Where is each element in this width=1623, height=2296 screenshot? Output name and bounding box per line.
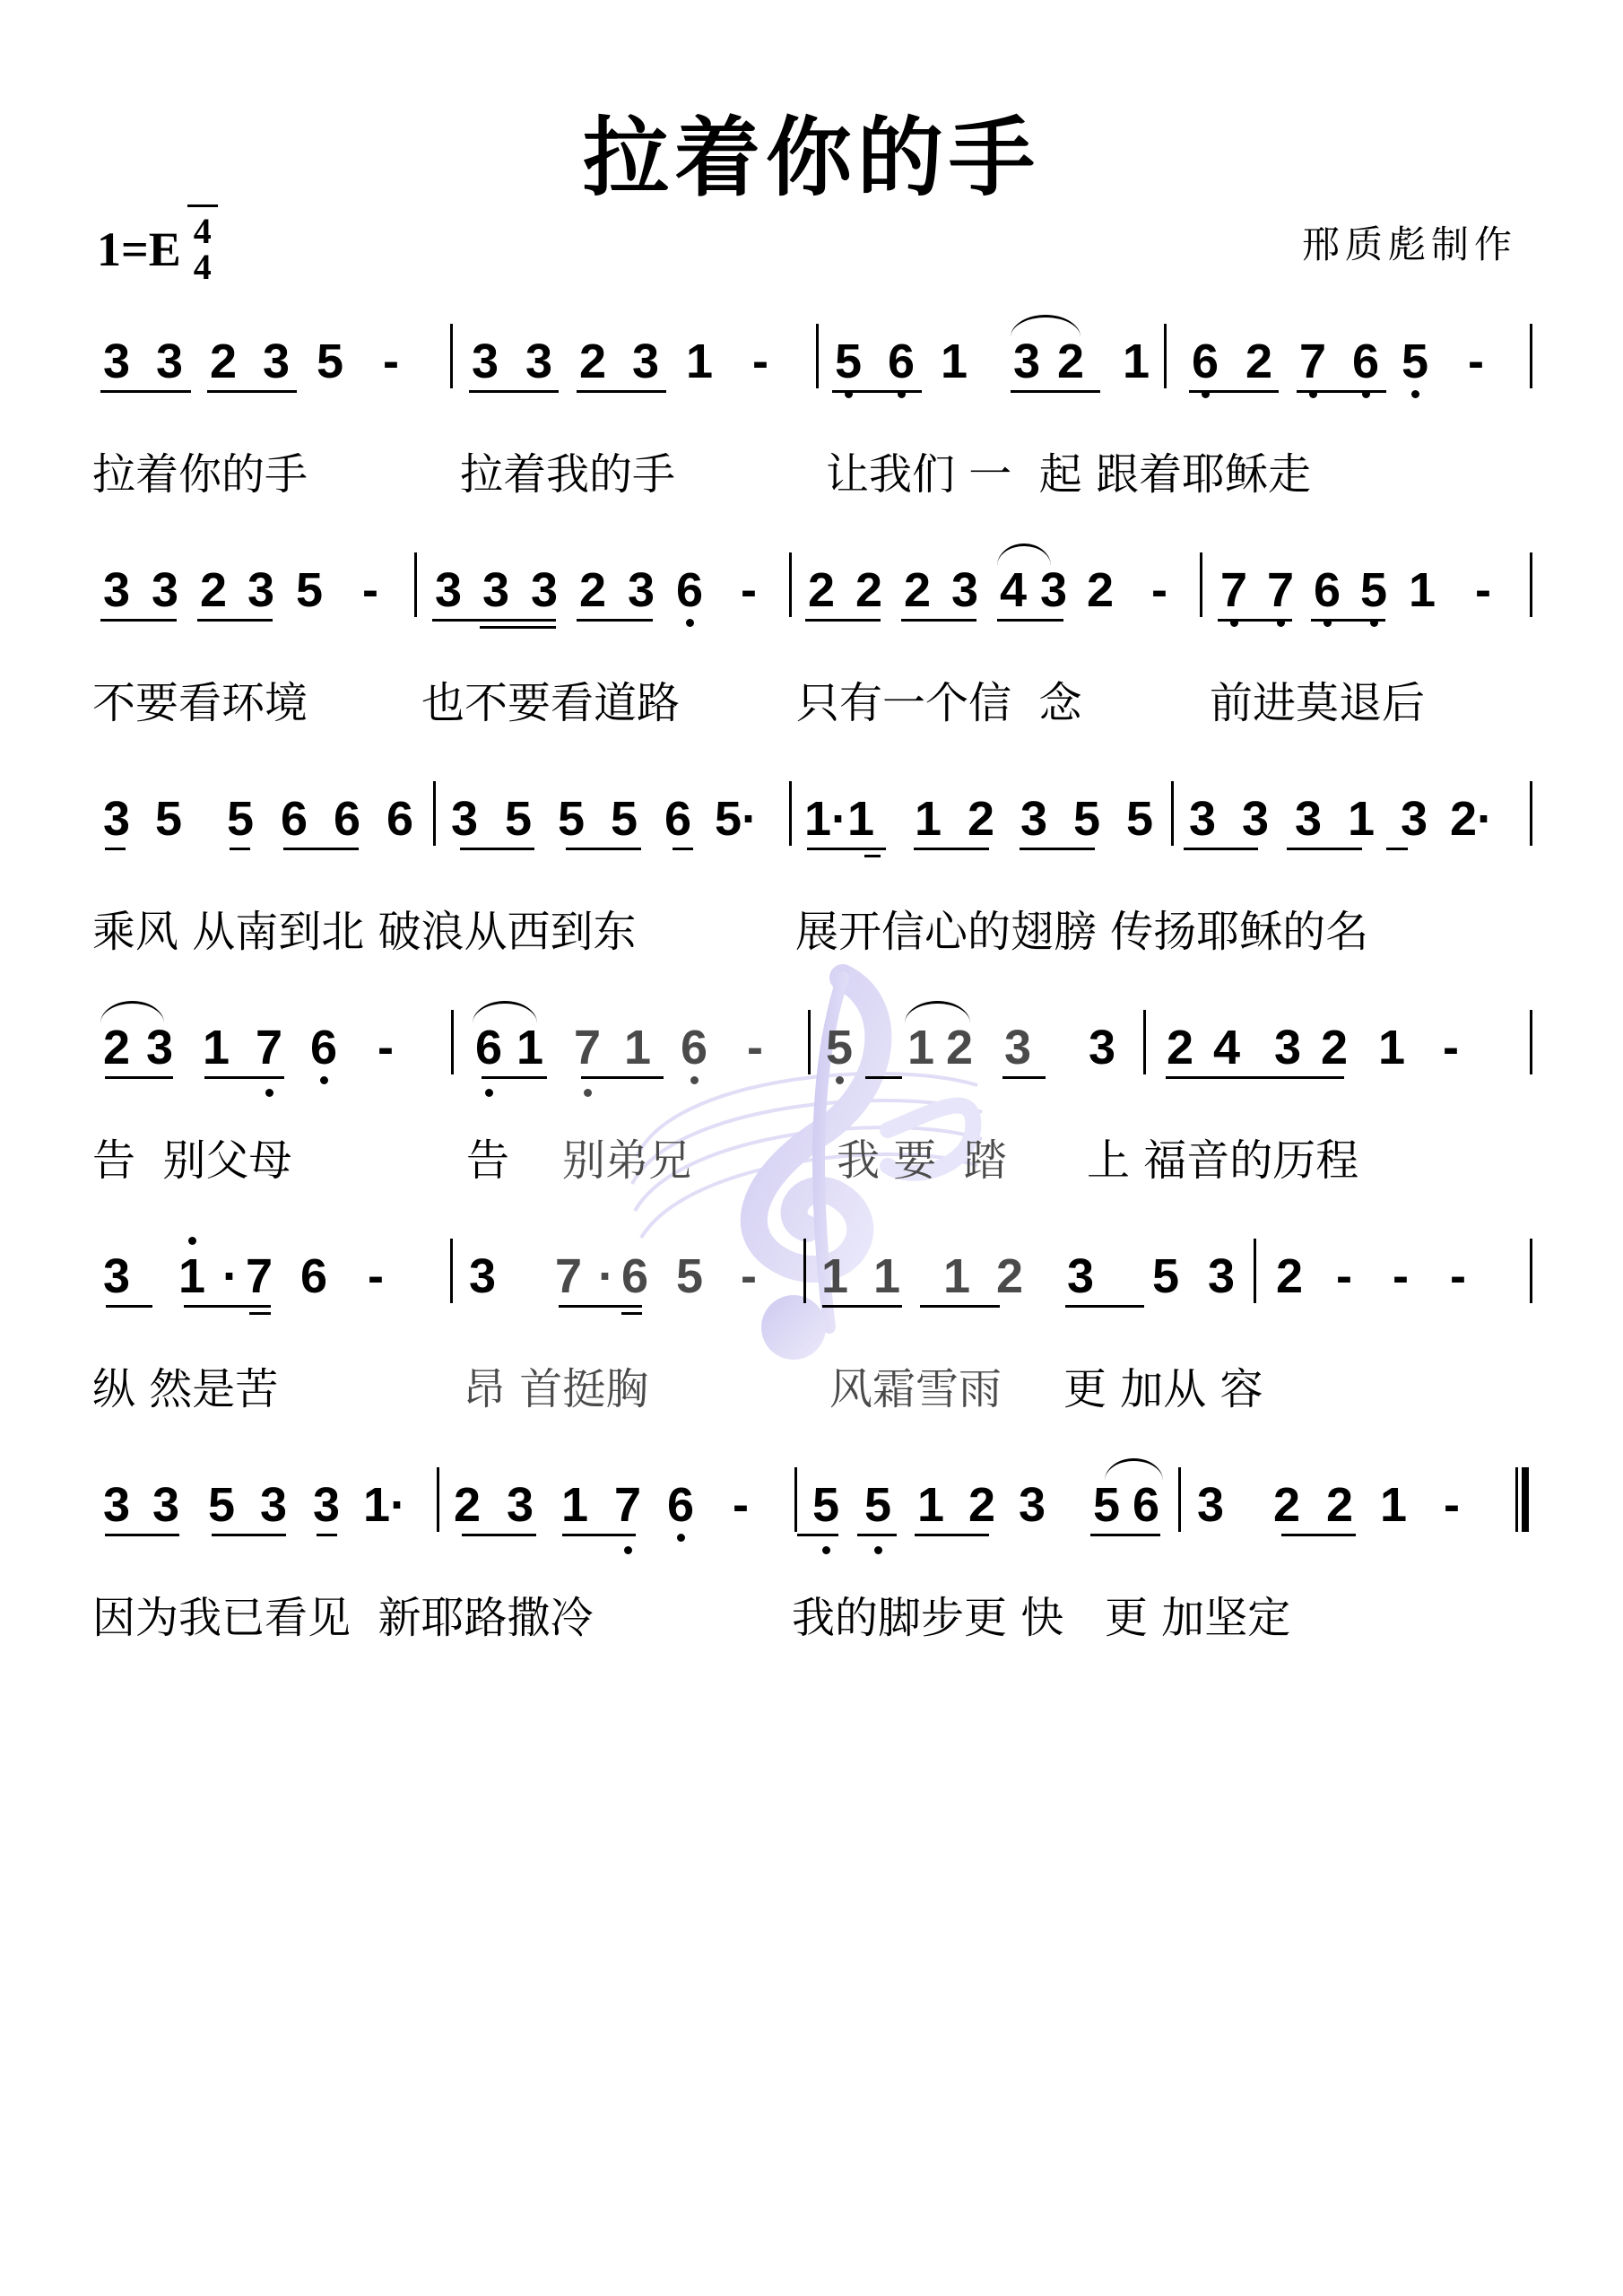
final-barline: [1515, 1467, 1530, 1532]
barline: [1530, 552, 1532, 617]
note: 6: [384, 792, 416, 846]
score-row: 31·76-37·65-11123532---纵 然是苦昂 首挺胸风霜雪雨更 加…: [0, 1249, 1623, 1456]
lyric-line: 因为我已看见 新耶路撒冷: [92, 1593, 594, 1643]
note: 5: [224, 792, 256, 846]
note: 7: [243, 1249, 275, 1303]
extension-dash: -: [354, 563, 386, 617]
note: 1: [683, 335, 716, 388]
low-octave-dot: [690, 1076, 699, 1084]
note: 5: [1399, 335, 1431, 388]
note: 3: [523, 335, 555, 388]
note: 1: [912, 792, 944, 846]
note: 5: [832, 335, 864, 388]
note: 5: [1071, 792, 1103, 846]
slur-arc: [905, 1001, 970, 1023]
note: 2: [1271, 1478, 1303, 1532]
note: 4: [997, 563, 1029, 617]
barline: [789, 781, 792, 846]
note: 1: [1120, 335, 1152, 388]
low-octave-dot: [485, 1089, 493, 1097]
low-octave-dot: [265, 1089, 273, 1097]
note: 6: [885, 335, 917, 388]
note: 6: [1350, 335, 1382, 388]
beam-underline: [100, 390, 191, 393]
note: 5: [673, 1249, 706, 1303]
note: 5: [1150, 1249, 1182, 1303]
note: 5: [502, 792, 534, 846]
low-octave-dot: [320, 1076, 328, 1084]
beam-underline: [1297, 390, 1386, 393]
note: 6: [619, 1249, 651, 1303]
note: 2: [943, 1021, 976, 1074]
beam-underline: [106, 1305, 152, 1308]
extension-dash: -: [375, 335, 407, 388]
note: 7: [253, 1021, 285, 1074]
note: 2: [1164, 1021, 1196, 1074]
note: 2: [965, 792, 997, 846]
beam-underline: [1386, 848, 1408, 850]
note: 3: [1186, 792, 1219, 846]
note: 6: [678, 1021, 710, 1074]
lyric-line: 上 福音的历程: [1087, 1135, 1358, 1186]
note: 7: [1218, 563, 1250, 617]
page-title: 拉着你的手: [0, 90, 1623, 213]
note: 1: [514, 1021, 546, 1074]
extension-dash: -: [744, 335, 777, 388]
note: 2: [966, 1478, 998, 1532]
beam-underline: [914, 848, 989, 850]
note: 3: [1205, 1249, 1237, 1303]
barline: [433, 781, 436, 846]
note: 2: [1243, 335, 1275, 388]
beam-underline: [1189, 390, 1279, 393]
note: 3: [949, 563, 981, 617]
beam-underline: [469, 390, 559, 393]
beam-underline: [1287, 848, 1362, 850]
note: 1: [1377, 1478, 1410, 1532]
beam-underline: [212, 1534, 286, 1536]
lyric-line: 别弟兄: [562, 1135, 691, 1186]
slur-arc: [997, 544, 1051, 566]
beam-underline: [105, 848, 126, 850]
beam-underline: [1184, 848, 1258, 850]
score-row: 33235-333236-2223432-77651-不要看环境也不要看道路只有…: [0, 563, 1623, 770]
barline: [451, 1010, 454, 1074]
extension-dash: -: [1460, 335, 1492, 388]
note: 2·: [1450, 792, 1493, 846]
note: 3: [1398, 792, 1430, 846]
beam-underline: [1090, 1534, 1160, 1536]
low-octave-dot: [686, 619, 694, 627]
lyric-line: 告: [466, 1135, 509, 1186]
note: 3: [1292, 792, 1324, 846]
note: 3: [153, 335, 186, 388]
beam-underline: [432, 619, 556, 622]
beam-underline: [559, 1305, 642, 1308]
note: 2: [577, 335, 609, 388]
note: 6: [331, 792, 363, 846]
note: 6: [473, 1021, 505, 1074]
note: 5: [1358, 563, 1390, 617]
note: 1: [941, 1249, 973, 1303]
note: 3: [432, 563, 464, 617]
note: ·: [214, 1249, 247, 1303]
note: 3: [257, 1478, 290, 1532]
beam-underline: [1002, 1076, 1046, 1079]
note: 6: [673, 563, 706, 617]
low-octave-dot: [822, 1546, 830, 1554]
barline: [1530, 324, 1532, 388]
note: 2: [1318, 1021, 1350, 1074]
note: 3: [528, 563, 560, 617]
barline: [1178, 1467, 1181, 1532]
note: 3: [245, 563, 277, 617]
note: ·: [590, 1249, 622, 1303]
note: 1: [621, 1021, 654, 1074]
beam-underline: [1065, 1305, 1144, 1308]
lyric-line: 不要看环境: [92, 678, 308, 728]
low-octave-dot: [677, 1534, 685, 1542]
beam-underline: [807, 848, 886, 850]
note: 2: [100, 1021, 133, 1074]
note: 6: [1130, 1478, 1162, 1532]
note: 5: [314, 335, 346, 388]
barline: [450, 324, 453, 388]
note: 3: [100, 335, 133, 388]
beam-underline: [1218, 619, 1292, 622]
barline: [437, 1467, 439, 1532]
note: 6: [1311, 563, 1343, 617]
barline: [450, 1239, 453, 1303]
note: 3: [100, 792, 133, 846]
note: 2: [1055, 335, 1087, 388]
extension-dash: -: [1328, 1249, 1360, 1303]
lyric-line: 昂 首挺胸: [463, 1364, 648, 1414]
beam-underline: [920, 1305, 1000, 1308]
lyric-line: 乘风 从南到北 破浪从西到东: [92, 907, 637, 957]
note: 2: [805, 563, 838, 617]
lyric-line: 风霜雪雨: [829, 1364, 1002, 1414]
lyric-line: 纵 然是苦: [92, 1364, 278, 1414]
beam-underline: [1223, 1076, 1273, 1079]
score-row: 355666355565·1·112355333132·乘风 从南到北 破浪从西…: [0, 792, 1623, 998]
low-octave-dot: [874, 1546, 882, 1554]
low-octave-dot: [584, 1089, 592, 1097]
note: 7: [571, 1021, 603, 1074]
note: 2: [853, 563, 885, 617]
note: 2: [994, 1249, 1026, 1303]
note: 2: [1324, 1478, 1356, 1532]
note: 1: [1376, 1021, 1408, 1074]
note: 5: [810, 1478, 842, 1532]
note: 1·1: [804, 792, 874, 846]
beam-underline: [1166, 1076, 1226, 1079]
barline: [794, 1467, 797, 1532]
extension-dash: -: [733, 563, 765, 617]
extension-dash: -: [1442, 1249, 1474, 1303]
beam-underline: [1311, 619, 1385, 622]
beam-underline: [105, 1076, 173, 1079]
slur-arc: [1105, 1458, 1163, 1481]
note: 3: [1016, 1478, 1048, 1532]
note: 5: [608, 792, 640, 846]
barline: [1164, 324, 1167, 388]
note: 6: [298, 1249, 330, 1303]
low-octave-dot: [1411, 390, 1419, 398]
note: 1: [905, 1021, 937, 1074]
extension-dash: -: [725, 1478, 757, 1532]
beam-underline: [864, 855, 881, 857]
note: 1: [559, 1478, 591, 1532]
beam-underline: [249, 1312, 271, 1315]
note: 2: [1084, 563, 1116, 617]
note: 3: [1064, 1249, 1097, 1303]
key-tonic: 1=E: [97, 222, 181, 277]
barline: [1530, 781, 1532, 846]
note: 3: [625, 563, 657, 617]
extension-dash: -: [733, 1249, 765, 1303]
note: 5: [293, 563, 325, 617]
slur-arc: [100, 1001, 164, 1023]
note: 3: [448, 792, 481, 846]
note: 1: [819, 1249, 851, 1303]
beam-underline: [673, 848, 693, 850]
lyric-line: 拉着我的手: [460, 449, 675, 500]
low-octave-dot: [624, 1546, 632, 1554]
note: 3: [100, 563, 133, 617]
note: 1·: [363, 1478, 406, 1532]
score-row: 335331·23176-55123563221-因为我已看见 新耶路撒冷我的脚…: [0, 1478, 1623, 1684]
note: 2: [197, 563, 230, 617]
note: 6: [662, 792, 694, 846]
beam-underline: [1020, 848, 1095, 850]
beam-underline: [577, 619, 653, 622]
beam-underline: [1011, 390, 1100, 393]
note: 3: [480, 563, 512, 617]
barline: [1530, 1239, 1532, 1303]
barline: [1254, 1239, 1256, 1303]
barline: [1530, 1010, 1532, 1074]
extension-dash: -: [1436, 1478, 1468, 1532]
time-signature: 4 4: [194, 213, 212, 285]
note: 1: [200, 1021, 232, 1074]
beam-underline: [566, 848, 641, 850]
slur-arc: [1011, 315, 1081, 337]
extension-dash: -: [1435, 1021, 1467, 1074]
note: 2: [1273, 1249, 1306, 1303]
note: 5: [152, 792, 185, 846]
extension-dash: -: [739, 1021, 771, 1074]
note: 3: [100, 1249, 133, 1303]
extension-dash: -: [360, 1249, 392, 1303]
beam-underline: [100, 619, 177, 622]
lyric-line: 让我们 一 起 跟着耶稣走: [826, 449, 1311, 500]
note: 1: [1406, 563, 1438, 617]
beam-underline: [184, 1305, 271, 1308]
note: 5: [862, 1478, 894, 1532]
beam-underline: [230, 848, 250, 850]
beam-underline: [997, 619, 1063, 622]
note: 3: [1239, 792, 1271, 846]
low-octave-dot: [836, 1076, 844, 1084]
note: 7: [1264, 563, 1297, 617]
extension-dash: -: [369, 1021, 402, 1074]
note: 5: [1090, 1478, 1123, 1532]
beam-underline: [581, 1076, 664, 1079]
beam-underline: [197, 619, 273, 622]
note: 1: [1345, 792, 1377, 846]
beam-underline: [562, 1534, 636, 1536]
note: 3: [1086, 1021, 1118, 1074]
beam-underline: [482, 1076, 547, 1079]
beam-underline: [1281, 1534, 1356, 1536]
note: 4: [1211, 1021, 1243, 1074]
beam-underline: [283, 848, 359, 850]
note: 3: [1037, 563, 1070, 617]
note: 3: [1194, 1478, 1227, 1532]
extension-dash: -: [1143, 563, 1176, 617]
high-octave-dot: [188, 1237, 196, 1245]
note: 3: [100, 1478, 133, 1532]
note: 6: [1189, 335, 1221, 388]
lyric-line: 展开信心的翅膀 传扬耶稣的名: [795, 907, 1368, 957]
lyric-line: 拉着你的手: [92, 449, 308, 500]
beam-underline: [480, 626, 556, 629]
extension-dash: -: [1384, 1249, 1417, 1303]
beam-underline: [204, 1076, 284, 1079]
note: 3: [310, 1478, 343, 1532]
note: 5: [205, 1478, 238, 1532]
beam-underline: [460, 848, 534, 850]
note: 3: [469, 335, 501, 388]
fraction-bar: [187, 204, 218, 207]
beam-underline: [857, 1534, 897, 1536]
beam-underline: [621, 1312, 642, 1315]
note: 2: [901, 563, 933, 617]
note: 6: [664, 1478, 697, 1532]
barline: [414, 552, 417, 617]
note: 3: [466, 1249, 499, 1303]
note: 3: [629, 335, 662, 388]
note: 3: [1271, 1021, 1304, 1074]
beam-underline: [915, 1534, 989, 1536]
note: 3: [149, 563, 181, 617]
note: 5: [555, 792, 587, 846]
lyric-line: 我 要 踏: [837, 1135, 1007, 1186]
barline: [1200, 552, 1202, 617]
lyric-line: 告 别父母: [92, 1135, 292, 1186]
note: 7: [1297, 335, 1329, 388]
lyric-line: 更 加从 容: [1063, 1364, 1263, 1414]
barline: [789, 552, 792, 617]
barline: [803, 1239, 806, 1303]
beam-underline: [832, 390, 922, 393]
note: 3: [1002, 1021, 1034, 1074]
note: 2: [207, 335, 239, 388]
lyric-line: 我的脚步更 快 更 加坚定: [792, 1593, 1290, 1643]
barline: [816, 324, 819, 388]
note: 3: [143, 1021, 176, 1074]
beam-underline: [207, 390, 297, 393]
beam-underline: [822, 1305, 902, 1308]
note: 1: [871, 1249, 903, 1303]
note: 1: [915, 1478, 947, 1532]
beam-underline: [317, 1534, 337, 1536]
barline: [1143, 1010, 1146, 1074]
note: 7: [612, 1478, 644, 1532]
barline: [808, 1010, 811, 1074]
beam-underline: [462, 1534, 536, 1536]
note: 5·: [715, 792, 758, 846]
beam-underline: [1273, 1076, 1344, 1079]
lyric-line: 只有一个信 念: [796, 678, 1082, 728]
note: 3: [504, 1478, 536, 1532]
time-signature-top: 4: [194, 213, 212, 249]
score-row: 23176-61716-5123324321-告 别父母告别弟兄我 要 踏上 福…: [0, 1021, 1623, 1227]
extension-dash: -: [1467, 563, 1499, 617]
note: 7: [552, 1249, 585, 1303]
note: 5: [1124, 792, 1156, 846]
note: 1: [176, 1249, 208, 1303]
note: 2: [577, 563, 609, 617]
note: 3: [260, 335, 292, 388]
beam-underline: [105, 1534, 179, 1536]
beam-underline: [901, 619, 976, 622]
lyric-line: 也不要看道路: [421, 678, 680, 728]
note: 3: [1018, 792, 1050, 846]
note: 5: [823, 1021, 855, 1074]
note: 2: [451, 1478, 483, 1532]
time-signature-bottom: 4: [194, 249, 212, 285]
beam-underline: [797, 1534, 838, 1536]
note: 6: [308, 1021, 340, 1074]
slur-arc: [473, 1001, 537, 1023]
note: 6: [278, 792, 310, 846]
note: 3: [1011, 335, 1043, 388]
beam-underline: [805, 619, 881, 622]
beam-underline: [577, 390, 666, 393]
barline: [1171, 781, 1174, 846]
beam-underline: [865, 1076, 902, 1079]
note: 3: [150, 1478, 182, 1532]
key-signature: 1=E 4 4: [97, 213, 212, 285]
lyric-line: 前进莫退后: [1210, 678, 1425, 728]
author-credit: 邢质彪制作: [1302, 215, 1517, 269]
note: 1: [938, 335, 970, 388]
score-row: 33235-33231-56132162765-拉着你的手拉着我的手让我们 一 …: [0, 335, 1623, 541]
